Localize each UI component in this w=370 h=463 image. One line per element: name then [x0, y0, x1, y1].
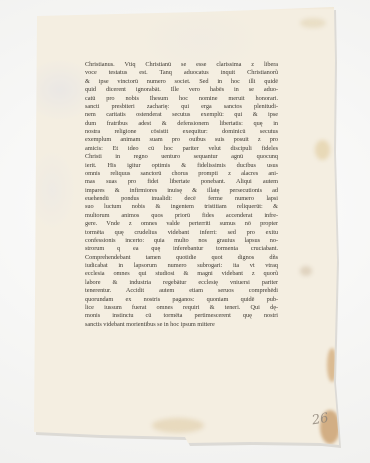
photo-background: Christianus. Vtiq Christianū se esse cla… — [0, 0, 370, 463]
text-line: voce testatus est. Tanq aduocatus inquit… — [85, 69, 278, 77]
text-line: Christianus. Vtiq Christianū se esse cla… — [85, 61, 278, 69]
text-line: omnis reliquus sanctorū chorus prompti z… — [85, 170, 278, 178]
text-line: & ipse vinctorū numero societ. Sed in ho… — [85, 78, 278, 86]
text-line: sanctis videbant morientibus se in hoc i… — [85, 321, 278, 329]
foxing-stain — [300, 266, 312, 276]
text-line: tenerentur. Accidit autem etiam seruos c… — [85, 287, 278, 295]
paper-sheet: Christianus. Vtiq Christianū se esse cla… — [0, 0, 370, 463]
text-line: suo luctum nobis & ingentem tristitiam r… — [85, 203, 278, 211]
text-line: iudicabat in lapsorum numero subrogari: … — [85, 262, 278, 270]
text-line: confessionis incerto: quia multo nos gra… — [85, 237, 278, 245]
text-line: sancti presbiteri zacharię: qui erga san… — [85, 103, 278, 111]
text-line: Comprehendebant tamen quotidie quot dign… — [85, 254, 278, 262]
text-line: labore & industria regebātur ecclesię vn… — [85, 279, 278, 287]
text-line: gere. Vnde z omnes valde perterriti sumu… — [85, 220, 278, 228]
text-line: nem caritatis ostenderat secutus exemplū… — [85, 111, 278, 119]
text-line: impares & infirmiores inuisę & illatę pe… — [85, 187, 278, 195]
text-line: tormēta quę crudelius videbant inferri: … — [85, 229, 278, 237]
text-line: dum fratribus adest & defensionem libert… — [85, 120, 278, 128]
text-line: lice iussum fuerat omnes requiri & tener… — [85, 304, 278, 312]
text-line: quid dicerent ignorabāt. Ille vero habēs… — [85, 86, 278, 94]
text-line: nostra religione cōsistit exequitur: dom… — [85, 128, 278, 136]
foxing-stain — [315, 140, 330, 160]
foxing-stain — [152, 418, 204, 433]
foxing-stain — [300, 18, 326, 28]
text-line: mas suas pro fidei libertate ponebant. A… — [85, 178, 278, 186]
text-block: Christianus. Vtiq Christianū se esse cla… — [85, 61, 278, 329]
text-line: exemplum animam suam pro ouibus suis pos… — [85, 136, 278, 144]
text-line: strorum q ea quę inferebantur tormenta c… — [85, 245, 278, 253]
handwritten-folio-number: 26 — [311, 411, 330, 429]
text-line: ecclesia omnes qui studiosi & magni vide… — [85, 270, 278, 278]
text-line: monis instinctu cū tormēta pertimesceren… — [85, 312, 278, 320]
text-line: amicis: Et ideo cū hoc pariter velut dis… — [85, 145, 278, 153]
text-line: catū pro nobis Ihesum hoc nomine meruit … — [85, 95, 278, 103]
text-line: euehendū pondus inualidi: decē ferme num… — [85, 195, 278, 203]
text-line: ierit. His igitur optimis & fidelissimis… — [85, 162, 278, 170]
text-line: multorum animos quos priorū fides accend… — [85, 212, 278, 220]
text-line: quorundam ex nostris paganos: quoniam qu… — [85, 296, 278, 304]
text-line: Christi in regno uenturo sequantur agnū … — [85, 153, 278, 161]
